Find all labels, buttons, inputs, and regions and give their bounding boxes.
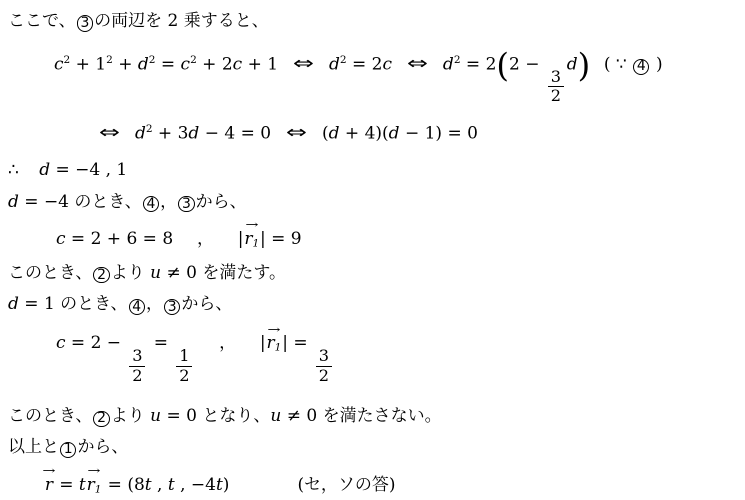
math-token: 2 — [146, 123, 153, 135]
math-token: + 2 — [197, 54, 233, 74]
math-token: + — [113, 54, 138, 74]
math-token: ， — [160, 192, 177, 212]
spacer — [229, 474, 297, 497]
math-token: | — [238, 229, 244, 249]
iff-arrow-icon: ⇔ — [407, 53, 428, 76]
math-token: 2 — [454, 54, 461, 66]
math-token: 2 — [340, 54, 347, 66]
math-token: d — [188, 123, 199, 143]
case-d-neg4-values-line: c = 2 + 6 = 8 ， |→r1| = 9 — [56, 228, 739, 251]
spacer — [236, 332, 260, 355]
math-token: = 2 — [461, 54, 497, 74]
math-token: t — [216, 475, 223, 495]
math-token: より — [111, 406, 150, 426]
fraction-denominator: 2 — [316, 366, 332, 386]
spacer — [590, 53, 604, 76]
case-d-1-check-line: このとき、2より u = 0 となり、u ≠ 0 を満たさない。 — [8, 405, 739, 428]
math-token: | = — [282, 333, 313, 353]
vector-letter: r — [267, 333, 275, 353]
vector: →r1 — [87, 474, 102, 497]
vector-arrow-icon: → — [42, 466, 55, 477]
math-token: のとき、 — [74, 192, 141, 212]
vector-arrow-icon: → — [245, 220, 258, 231]
math-token: のとき、 — [60, 294, 127, 314]
spacer — [173, 228, 197, 251]
math-token: + 4 — [340, 123, 376, 143]
vector-subscript: 1 — [275, 342, 282, 354]
math-token: = 2 — [347, 54, 383, 74]
vector: →r1 — [267, 332, 282, 355]
vector-base: r1 — [267, 333, 282, 353]
math-token: = −4 — [19, 192, 75, 212]
big-paren: ( — [496, 46, 509, 84]
math-token: c — [233, 54, 243, 74]
case-d-neg4-line: d = −4 のとき、4，3から、 — [8, 191, 739, 214]
squared-equation-line: c2 + 12 + d2 = c2 + 2c + 1⇔d2 = 2c⇔d2 = … — [54, 53, 739, 106]
math-token: から、 — [77, 437, 128, 457]
math-token: より — [111, 263, 150, 283]
vector: →r1 — [244, 228, 259, 251]
vector-subscript: 1 — [95, 484, 102, 496]
math-token: c — [181, 54, 191, 74]
math-token: u — [150, 263, 161, 283]
math-token: c — [56, 333, 66, 353]
math-token: から、 — [181, 294, 232, 314]
math-token: | — [260, 333, 266, 353]
math-token: d — [39, 160, 50, 180]
circled-number: 2 — [93, 411, 109, 427]
fraction-numerator: 3 — [129, 347, 145, 366]
math-token: ≠ 0 — [281, 406, 322, 426]
math-token: このとき、 — [8, 263, 92, 283]
fraction-denominator: 2 — [129, 366, 145, 386]
circled-number: 4 — [143, 196, 159, 212]
case-d-neg4-check-line: このとき、2より u ≠ 0 を満たす。 — [8, 262, 739, 285]
math-token: ( ∵ — [604, 54, 632, 74]
circled-number: 2 — [93, 267, 109, 283]
math-token: + 1 — [70, 54, 106, 74]
math-token: ， — [146, 294, 163, 314]
circled-number: 1 — [60, 442, 76, 458]
math-token: ) = 0 — [435, 123, 478, 143]
case-d-1-values-line: c = 2 − 32 = 12 ， |→r1| = 32 — [56, 332, 739, 385]
vector-base: r — [45, 475, 53, 495]
conclusion-intro-line: 以上と1から、 — [8, 436, 739, 459]
solution-document: ここで、3の両辺を 2 乗すると、 c2 + 12 + d2 = c2 + 2c… — [0, 0, 745, 497]
math-token: となり、 — [202, 406, 270, 426]
circled-number: 4 — [633, 59, 649, 75]
math-token: d — [135, 123, 146, 143]
math-token: を満たさない。 — [323, 406, 442, 426]
math-token: , — [152, 475, 168, 495]
fraction: 32 — [548, 68, 564, 106]
math-token: = 0 — [161, 406, 202, 426]
math-token: = 2 + 6 = 8 — [66, 229, 174, 249]
fraction: 12 — [176, 347, 192, 385]
iff-arrow-icon: ⇔ — [286, 122, 307, 145]
math-token: = 1 — [19, 294, 60, 314]
vector-arrow-icon: → — [267, 325, 280, 336]
math-token: = −4 , 1 — [50, 160, 127, 180]
math-token: 2 — [190, 54, 197, 66]
math-token: = — [148, 333, 173, 353]
math-token: d — [567, 54, 578, 74]
math-token: u — [270, 406, 281, 426]
math-token: ∴ — [8, 160, 19, 180]
math-token: = — [155, 54, 180, 74]
math-token: t — [145, 475, 152, 495]
circled-number: 3 — [178, 196, 194, 212]
math-token: + 1 — [242, 54, 278, 74]
math-token: − 4 = 0 — [199, 123, 271, 143]
math-token: d — [8, 294, 19, 314]
iff-arrow-icon: ⇔ — [99, 122, 120, 145]
fraction-denominator: 2 — [176, 366, 192, 386]
circled-number: 4 — [129, 299, 145, 315]
math-token: + 3 — [153, 123, 189, 143]
math-token: 2 — [106, 54, 113, 66]
math-token: 2 − — [509, 54, 545, 74]
fraction: 32 — [316, 347, 332, 385]
math-token: d — [443, 54, 454, 74]
vector: →r — [45, 474, 53, 497]
spacer — [19, 159, 39, 182]
math-token: ここで、 — [8, 11, 76, 31]
math-token: d — [329, 123, 340, 143]
vector-letter: r — [45, 475, 53, 495]
math-token: d — [138, 54, 149, 74]
math-token: c — [56, 229, 66, 249]
big-paren: ) — [578, 46, 591, 84]
math-token: = — [54, 475, 79, 495]
math-token: ) — [651, 54, 663, 74]
math-token: | = 9 — [260, 229, 302, 249]
math-token: ， — [219, 333, 236, 353]
vector-base: r1 — [244, 229, 259, 249]
math-token: このとき、 — [8, 406, 92, 426]
math-token: ( — [322, 123, 329, 143]
math-token: = 2 − — [66, 333, 127, 353]
fraction-denominator: 2 — [548, 86, 564, 106]
math-token: c — [54, 54, 64, 74]
fraction-numerator: 3 — [316, 347, 332, 366]
spacer — [214, 228, 238, 251]
fraction-numerator: 3 — [548, 68, 564, 87]
math-token: c — [382, 54, 392, 74]
math-token: u — [150, 406, 161, 426]
math-token: から、 — [196, 192, 247, 212]
vector-letter: r — [87, 475, 95, 495]
fraction-numerator: 1 — [176, 347, 192, 366]
math-token: 以上と — [8, 437, 59, 457]
math-token: = (8 — [102, 475, 145, 495]
math-token: d — [329, 54, 340, 74]
therefore-d-values-line: ∴ d = −4 , 1 — [8, 159, 739, 182]
circled-number: 3 — [164, 299, 180, 315]
spacer — [195, 332, 219, 355]
math-token: の両辺を 2 乗すると、 — [94, 11, 269, 31]
intro-line: ここで、3の両辺を 2 乗すると、 — [8, 10, 739, 33]
math-token: (セ，ソの答) — [297, 475, 395, 495]
math-token: t — [79, 475, 86, 495]
math-token: d — [8, 192, 19, 212]
math-token: )( — [375, 123, 388, 143]
vector-base: r1 — [87, 475, 102, 495]
factored-equation-line: ⇔d2 + 3d − 4 = 0⇔(d + 4)(d − 1) = 0 — [84, 122, 739, 146]
math-token: − 1 — [400, 123, 436, 143]
vector-arrow-icon: → — [87, 466, 100, 477]
math-token: ≠ 0 — [161, 263, 202, 283]
math-token: ) — [223, 475, 230, 495]
math-token: を満たす。 — [202, 263, 286, 283]
circled-number: 3 — [77, 15, 93, 31]
math-token: d — [389, 123, 400, 143]
math-token: t — [168, 475, 175, 495]
iff-arrow-icon: ⇔ — [293, 53, 314, 76]
final-answer-line: →r = t→r1 = (8t , t , −4t) (セ，ソの答) — [44, 474, 739, 497]
case-d-1-line: d = 1 のとき、4，3から、 — [8, 293, 739, 316]
vector-subscript: 1 — [252, 237, 259, 249]
math-token: ， — [197, 229, 214, 249]
fraction: 32 — [129, 347, 145, 385]
math-token: , −4 — [175, 475, 216, 495]
